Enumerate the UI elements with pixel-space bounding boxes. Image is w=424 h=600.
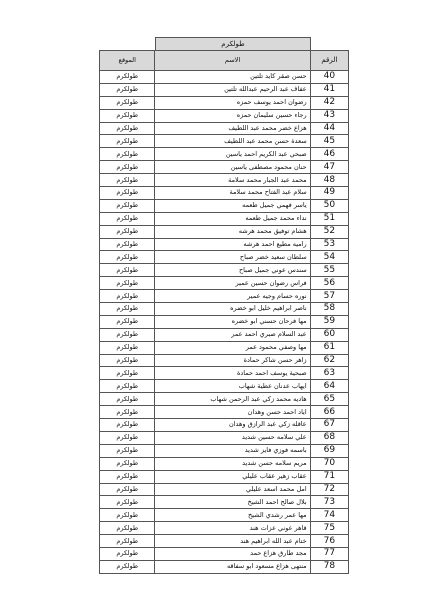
table-row: طولكرمقاهر عوني عزات هند75 xyxy=(100,522,349,535)
table-row: طولكرمفراس رضوان حسين عمير56 xyxy=(100,277,349,290)
number-cell: 61 xyxy=(310,341,348,354)
location-cell: طولكرم xyxy=(100,380,155,393)
location-cell: طولكرم xyxy=(100,509,155,522)
table-row: طولكرممها وصفي محمود عمر61 xyxy=(100,341,349,354)
location-cell: طولكرم xyxy=(100,522,155,535)
name-cell: عقاب زهير عقاب عليلي xyxy=(155,470,310,483)
table-row: طولكرممجد طارق هزاع حمد77 xyxy=(100,547,349,560)
table-row: طولكرمعفاف عبد الرحيم عبدالله تلتين41 xyxy=(100,83,349,96)
name-cell: ياسر فهمي جميل طعمه xyxy=(155,199,310,212)
table-title: طولكرم xyxy=(155,37,311,51)
location-cell: طولكرم xyxy=(100,174,155,187)
location-cell: طولكرم xyxy=(100,161,155,174)
name-cell: مها فرحان حسني ابو خضره xyxy=(155,315,310,328)
number-cell: 66 xyxy=(310,406,348,419)
number-cell: 54 xyxy=(310,251,348,264)
number-cell: 74 xyxy=(310,509,348,522)
location-cell: طولكرم xyxy=(100,560,155,573)
table-row: طولكرمسلام عبد الفتاح محمد سلامة49 xyxy=(100,187,349,200)
name-cell: منتهى هزاع مسعود ابو سفاقه xyxy=(155,560,310,573)
number-cell: 63 xyxy=(310,367,348,380)
location-cell: طولكرم xyxy=(100,225,155,238)
number-cell: 73 xyxy=(310,496,348,509)
location-cell: طولكرم xyxy=(100,187,155,200)
name-cell: مها عمر رشدي الشيخ xyxy=(155,509,310,522)
name-cell: مجد طارق هزاع حمد xyxy=(155,547,310,560)
number-cell: 76 xyxy=(310,535,348,548)
location-cell: طولكرم xyxy=(100,496,155,509)
table-row: طولكرمامل محمد اسعد عليلي72 xyxy=(100,483,349,496)
table-row: طولكرمياسر فهمي جميل طعمه50 xyxy=(100,199,349,212)
number-cell: 77 xyxy=(310,547,348,560)
number-cell: 72 xyxy=(310,483,348,496)
number-cell: 42 xyxy=(310,96,348,109)
number-cell: 78 xyxy=(310,560,348,573)
name-cell: مريم سلامه حسن شديد xyxy=(155,457,310,470)
name-cell: قاهر عوني عزات هند xyxy=(155,522,310,535)
table-row: طولكرممريم سلامه حسن شديد70 xyxy=(100,457,349,470)
number-cell: 41 xyxy=(310,83,348,96)
table-row: طولكرمبلال صالح احمد الشيخ73 xyxy=(100,496,349,509)
name-cell: راميه مطيع احمد هرشه xyxy=(155,238,310,251)
location-cell: طولكرم xyxy=(100,367,155,380)
location-cell: طولكرم xyxy=(100,547,155,560)
table-row: طولكرمسلطان سعيد خضر صباح54 xyxy=(100,251,349,264)
number-cell: 46 xyxy=(310,148,348,161)
location-cell: طولكرم xyxy=(100,109,155,122)
name-cell: محمد عبد الجبار محمد سلامة xyxy=(155,174,310,187)
header-name: الاسم xyxy=(155,51,310,71)
number-cell: 58 xyxy=(310,303,348,316)
header-number: الرقم xyxy=(310,51,348,71)
location-cell: طولكرم xyxy=(100,264,155,277)
table-row: طولكرمصبحي عبد الكريم احمد ياسين46 xyxy=(100,148,349,161)
name-cell: زاهر حسن شاكر حمادة xyxy=(155,354,310,367)
table-row: طولكرمهزاع خضر محمد عبد اللطيف44 xyxy=(100,122,349,135)
table-row: طولكرمزاهر حسن شاكر حمادة62 xyxy=(100,354,349,367)
location-cell: طولكرم xyxy=(100,483,155,496)
location-cell: طولكرم xyxy=(100,431,155,444)
number-cell: 50 xyxy=(310,199,348,212)
name-cell: رضوان احمد يوسف حمزه xyxy=(155,96,310,109)
number-cell: 75 xyxy=(310,522,348,535)
number-cell: 69 xyxy=(310,444,348,457)
number-cell: 53 xyxy=(310,238,348,251)
location-cell: طولكرم xyxy=(100,251,155,264)
location-cell: طولكرم xyxy=(100,122,155,135)
table-row: طولكرممحمد عبد الجبار محمد سلامة48 xyxy=(100,174,349,187)
number-cell: 65 xyxy=(310,393,348,406)
table-row: طولكرمسعدة حسن محمد عبد اللطيف45 xyxy=(100,135,349,148)
table-row: طولكرمحنان محمود مصطفى ياسين47 xyxy=(100,161,349,174)
name-cell: عبد السلام صبري احمد عمر xyxy=(155,328,310,341)
name-cell: فراس رضوان حسين عمير xyxy=(155,277,310,290)
name-cell: مها وصفي محمود عمر xyxy=(155,341,310,354)
location-cell: طولكرم xyxy=(100,277,155,290)
name-cell: هزاع خضر محمد عبد اللطيف xyxy=(155,122,310,135)
location-cell: طولكرم xyxy=(100,303,155,316)
number-cell: 47 xyxy=(310,161,348,174)
table-row: طولكرمسندس عوني جميل صباح55 xyxy=(100,264,349,277)
name-cell: سعدة حسن محمد عبد اللطيف xyxy=(155,135,310,148)
number-cell: 67 xyxy=(310,419,348,432)
location-cell: طولكرم xyxy=(100,419,155,432)
table-row: طولكرمنداء محمد جميل طعمه51 xyxy=(100,212,349,225)
table-row: طولكرمناصر ابراهيم خليل ابو خضره58 xyxy=(100,303,349,316)
table-row: طولكرممها فرحان حسني ابو خضره59 xyxy=(100,315,349,328)
table-row: طولكرمرضوان احمد يوسف حمزه42 xyxy=(100,96,349,109)
number-cell: 71 xyxy=(310,470,348,483)
location-cell: طولكرم xyxy=(100,148,155,161)
number-cell: 49 xyxy=(310,187,348,200)
table-row: طولكرمايهاب عدنان عطية شهاب64 xyxy=(100,380,349,393)
table-row: طولكرمهاديه محمد زكي عبد الرحمن شهاب65 xyxy=(100,393,349,406)
table-row: طولكرمراميه مطيع احمد هرشه53 xyxy=(100,238,349,251)
number-cell: 40 xyxy=(310,71,348,84)
number-cell: 52 xyxy=(310,225,348,238)
name-cell: رجاء حسين سليمان حمزه xyxy=(155,109,310,122)
name-cell: هاديه محمد زكي عبد الرحمن شهاب xyxy=(155,393,310,406)
table-row: طولكرمرجاء حسين سليمان حمزه43 xyxy=(100,109,349,122)
number-cell: 57 xyxy=(310,290,348,303)
location-cell: طولكرم xyxy=(100,341,155,354)
location-cell: طولكرم xyxy=(100,290,155,303)
number-cell: 56 xyxy=(310,277,348,290)
table-row: طولكرمصبحية يوسف احمد حمادة63 xyxy=(100,367,349,380)
location-cell: طولكرم xyxy=(100,96,155,109)
number-cell: 44 xyxy=(310,122,348,135)
table-row: طولكرممها عمر رشدي الشيخ74 xyxy=(100,509,349,522)
name-cell: ناصر ابراهيم خليل ابو خضره xyxy=(155,303,310,316)
table-row: طولكرمهشام توفيق محمد هرشه52 xyxy=(100,225,349,238)
number-cell: 45 xyxy=(310,135,348,148)
location-cell: طولكرم xyxy=(100,199,155,212)
name-cell: علي سلامه حسين شديد xyxy=(155,431,310,444)
number-cell: 59 xyxy=(310,315,348,328)
table-row: طولكرمعبد السلام صبري احمد عمر60 xyxy=(100,328,349,341)
location-cell: طولكرم xyxy=(100,328,155,341)
name-cell: حسن صقر كايد تلتين xyxy=(155,71,310,84)
number-cell: 62 xyxy=(310,354,348,367)
number-cell: 48 xyxy=(310,174,348,187)
table-row: طولكرمحسن صقر كايد تلتين40 xyxy=(100,71,349,84)
name-cell: سندس عوني جميل صباح xyxy=(155,264,310,277)
location-cell: طولكرم xyxy=(100,354,155,367)
names-table: الموقع الاسم الرقم طولكرمحسن صقر كايد تل… xyxy=(99,50,349,574)
location-cell: طولكرم xyxy=(100,393,155,406)
location-cell: طولكرم xyxy=(100,135,155,148)
name-cell: حنان محمود مصطفى ياسين xyxy=(155,161,310,174)
number-cell: 60 xyxy=(310,328,348,341)
location-cell: طولكرم xyxy=(100,71,155,84)
number-cell: 70 xyxy=(310,457,348,470)
location-cell: طولكرم xyxy=(100,444,155,457)
number-cell: 43 xyxy=(310,109,348,122)
location-cell: طولكرم xyxy=(100,212,155,225)
name-cell: عفاف عبد الرحيم عبدالله تلتين xyxy=(155,83,310,96)
table-row: طولكرماياد احمد حسن وهدان66 xyxy=(100,406,349,419)
location-cell: طولكرم xyxy=(100,470,155,483)
table-row: طولكرمباسمه فوزي فايز شديد69 xyxy=(100,444,349,457)
table-row: طولكرمعلي سلامه حسين شديد68 xyxy=(100,431,349,444)
name-cell: نداء محمد جميل طعمه xyxy=(155,212,310,225)
name-cell: سلطان سعيد خضر صباح xyxy=(155,251,310,264)
name-cell: بلال صالح احمد الشيخ xyxy=(155,496,310,509)
number-cell: 55 xyxy=(310,264,348,277)
table-row: طولكرمعقاب زهير عقاب عليلي71 xyxy=(100,470,349,483)
number-cell: 51 xyxy=(310,212,348,225)
number-cell: 64 xyxy=(310,380,348,393)
location-cell: طولكرم xyxy=(100,315,155,328)
name-cell: نوره حسام وجيه عمير xyxy=(155,290,310,303)
location-cell: طولكرم xyxy=(100,83,155,96)
table-row: طولكرمنوره حسام وجيه عمير57 xyxy=(100,290,349,303)
number-cell: 68 xyxy=(310,431,348,444)
name-cell: ايهاب عدنان عطية شهاب xyxy=(155,380,310,393)
location-cell: طولكرم xyxy=(100,238,155,251)
header-row: الموقع الاسم الرقم xyxy=(100,51,349,71)
header-location: الموقع xyxy=(100,51,155,71)
name-cell: صبحي عبد الكريم احمد ياسين xyxy=(155,148,310,161)
name-cell: صبحية يوسف احمد حمادة xyxy=(155,367,310,380)
name-cell: اياد احمد حسن وهدان xyxy=(155,406,310,419)
table-row: طولكرممنتهى هزاع مسعود ابو سفاقه78 xyxy=(100,560,349,573)
location-cell: طولكرم xyxy=(100,457,155,470)
table-row: طولكرمختام عبد الله ابراهيم هند76 xyxy=(100,535,349,548)
table-row: طولكرمعاقله زكي عبد الرازق وهدان67 xyxy=(100,419,349,432)
name-cell: باسمه فوزي فايز شديد xyxy=(155,444,310,457)
name-cell: ختام عبد الله ابراهيم هند xyxy=(155,535,310,548)
name-cell: امل محمد اسعد عليلي xyxy=(155,483,310,496)
location-cell: طولكرم xyxy=(100,535,155,548)
name-cell: عاقله زكي عبد الرازق وهدان xyxy=(155,419,310,432)
name-cell: سلام عبد الفتاح محمد سلامة xyxy=(155,187,310,200)
location-cell: طولكرم xyxy=(100,406,155,419)
name-cell: هشام توفيق محمد هرشه xyxy=(155,225,310,238)
